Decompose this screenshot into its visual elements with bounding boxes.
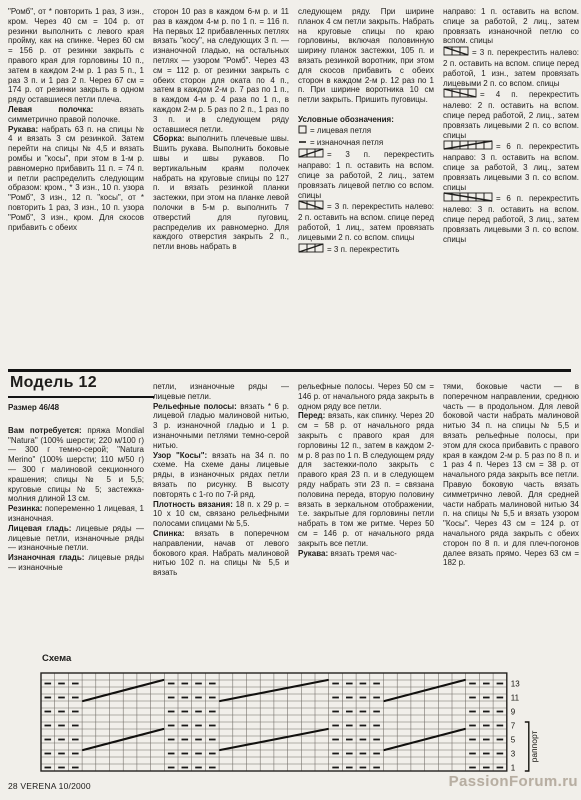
knit-symbol-cells-left [298, 200, 324, 213]
svg-text:5: 5 [511, 736, 516, 745]
paragraph: Спинка: вязать в поперечном направлении,… [153, 529, 289, 578]
paragraph: петли, изнаночные ряды — лицевые петли. [153, 382, 289, 402]
paragraph: = 3 п. перекрестить налево: 2 п. оставит… [298, 200, 434, 242]
paragraph: Рельефные полосы: вязать * 6 р. лицевой … [153, 402, 289, 451]
paragraph: = 3 п. перекрестить налево: 2 п. оставит… [443, 46, 579, 88]
paragraph-lead: Узор "Косы": [153, 451, 212, 460]
text-column-2: сторон 10 раз в каждом 6-м р. и 11 раз в… [153, 7, 289, 367]
paragraph: = 4 п. перекрестить налево: 2 п. оставит… [443, 88, 579, 140]
paragraph: = 6 п. перекрестить направо: 3 п. остави… [443, 140, 579, 192]
svg-text:7: 7 [511, 722, 516, 731]
top-text-section: "Ромб", от * повторить 1 раз, 3 изн., кр… [8, 7, 579, 367]
magazine-page: "Ромб", от * повторить 1 раз, 3 изн., кр… [0, 0, 581, 800]
model12-column-2: петли, изнаночные ряды — лицевые петли.Р… [153, 382, 289, 634]
paragraph: Резинка: попеременно 1 лицевая, 1 изнано… [8, 504, 144, 524]
paragraph-lead: Изнаночная гладь: [8, 553, 88, 562]
text-column-1: "Ромб", от * повторить 1 раз, 3 изн., кр… [8, 7, 144, 367]
paragraph: Размер 46/48 [8, 403, 144, 413]
paragraph: направо: 1 п. оставить на вспом. спице з… [443, 7, 579, 46]
page-footer: 28 VERENA 10/2000 [8, 781, 91, 791]
paragraph: Рукава: набрать 63 п. на спицы № 4 и вяз… [8, 125, 144, 233]
chart-label: Схема [42, 653, 71, 664]
paragraph-lead: Спинка: [153, 529, 195, 538]
paragraph-lead: Сборка: [153, 134, 188, 143]
paragraph: Условные обозначения: [298, 115, 434, 125]
model12-column-1: Размер 46/48Вам потребуется: пряжа Mondi… [8, 382, 144, 634]
paragraph-lead: Плотность вязания: [153, 500, 236, 509]
paragraph: = 3 п. перекрестить направо: 1 п. остави… [298, 148, 434, 200]
paragraph: Вам потребуется: пряжа Mondial "Natura" … [8, 426, 144, 504]
paragraph-lead: Рукава: [8, 125, 41, 134]
svg-text:1: 1 [511, 764, 516, 773]
paragraph: сторон 10 раз в каждом 6-м р. и 11 раз в… [153, 7, 289, 134]
paragraph: Плотность вязания: 18 п. х 29 р. = 10 х … [153, 500, 289, 529]
paragraph-lead: Размер 46/48 [8, 403, 59, 412]
paragraph-lead: Условные обозначения: [298, 115, 394, 124]
knit-symbol-cells-right [298, 148, 324, 161]
section-divider-rule [8, 369, 571, 372]
svg-text:11: 11 [511, 694, 520, 703]
paragraph: следующем ряду. При ширине планок 4 см п… [298, 7, 434, 105]
paragraph: Левая полочка: вязать симметрично правой… [8, 105, 144, 125]
svg-text:13: 13 [511, 680, 520, 689]
paragraph-lead: Рельефные полосы: [153, 402, 240, 411]
paragraph: Узор "Косы": вязать на 34 п. по схеме. Н… [153, 451, 289, 500]
model12-text-section: Размер 46/48Вам потребуется: пряжа Mondi… [8, 382, 579, 634]
paragraph-lead: Рукава: [298, 549, 330, 558]
knitting-chart: 131197531раппорт [40, 672, 560, 781]
paragraph-lead: Резинка: [8, 504, 45, 513]
svg-text:9: 9 [511, 708, 516, 717]
knit-symbol-cells-left [443, 88, 477, 101]
paragraph: рельефные полосы. Через 50 см = 146 р. о… [298, 382, 434, 411]
paragraph: = 6 п. перекрестить налево: 3 п. оставит… [443, 192, 579, 244]
paragraph: Перед: вязать, как спинку. Через 20 см =… [298, 411, 434, 548]
svg-text:раппорт: раппорт [529, 730, 539, 762]
paragraph-lead: Левая полочка: [8, 105, 120, 114]
knitting-chart-grid: 131197531раппорт [40, 672, 560, 776]
knit-symbol-cells-left [443, 192, 493, 205]
paragraph: = лицевая петля [298, 125, 434, 137]
knit-symbol-cells-left [443, 46, 469, 59]
paragraph: "Ромб", от * повторить 1 раз, 3 изн., кр… [8, 7, 144, 105]
paragraph: Изнаночная гладь: лицевые ряды — изнаноч… [8, 553, 144, 573]
paragraph: = изнаночная петля [298, 137, 434, 149]
paragraph: Лицевая гладь: лицевые ряды — лицевые пе… [8, 524, 144, 553]
paragraph: Сборка: выполнить плечевые швы. Вшить ру… [153, 134, 289, 252]
model12-column-4: тями, боковые части — в поперечном напра… [443, 382, 579, 634]
knit-symbol-cells-right [298, 243, 324, 256]
knit-symbol-cells-right [443, 140, 493, 153]
knit-symbol-dash [298, 137, 307, 149]
knit-symbol-box [298, 125, 307, 137]
paragraph-lead: Лицевая гладь: [8, 524, 76, 533]
watermark: PassionForum.ru [449, 773, 578, 790]
paragraph-lead: Перед: [298, 411, 328, 420]
text-column-4: направо: 1 п. оставить на вспом. спице з… [443, 7, 579, 367]
paragraph: = 3 п. перекрестить [298, 243, 434, 256]
paragraph-lead: Вам потребуется: [8, 426, 87, 435]
paragraph: тями, боковые части — в поперечном напра… [443, 382, 579, 568]
text-column-3: следующем ряду. При ширине планок 4 см п… [298, 7, 434, 367]
paragraph: Рукава: вязать тремя час- [298, 549, 434, 559]
model12-column-3: рельефные полосы. Через 50 см = 146 р. о… [298, 382, 434, 634]
svg-text:3: 3 [511, 750, 516, 759]
